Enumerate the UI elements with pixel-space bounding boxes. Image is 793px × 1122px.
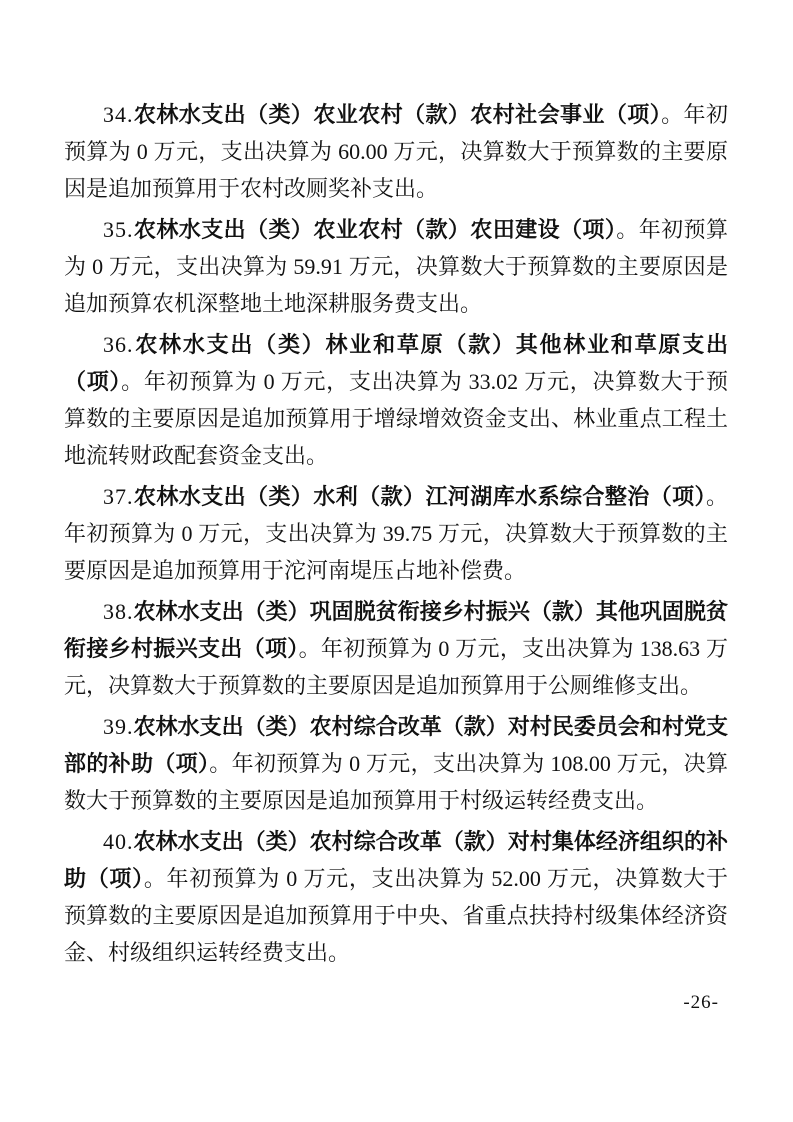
budget-item-38: 38.农林水支出（类）巩固脱贫衔接乡村振兴（款）其他巩固脱贫衔接乡村振兴支出（项… [64,593,728,704]
item-heading: 农林水支出（类）农业农村（款）农田建设（项） [134,217,617,242]
item-heading: 农林水支出（类）农业农村（款）农村社会事业（项） [134,102,662,127]
document-content: 34.农林水支出（类）农业农村（款）农村社会事业（项）。年初预算为 0 万元，支… [64,96,728,975]
document-page: 34.农林水支出（类）农业农村（款）农村社会事业（项）。年初预算为 0 万元，支… [0,0,793,1122]
budget-item-36: 36.农林水支出（类）林业和草原（款）其他林业和草原支出（项）。年初预算为 0 … [64,326,728,474]
budget-item-37: 37.农林水支出（类）水利（款）江河湖库水系综合整治（项）。年初预算为 0 万元… [64,478,728,589]
item-number: 36. [103,332,134,357]
budget-item-35: 35.农林水支出（类）农业农村（款）农田建设（项）。年初预算为 0 万元，支出决… [64,211,728,322]
item-number: 35. [103,217,134,242]
item-number: 40. [103,829,134,854]
budget-item-40: 40.农林水支出（类）农村综合改革（款）对村集体经济组织的补助（项）。年初预算为… [64,823,728,971]
item-body: 。年初预算为 0 万元，支出决算为 52.00 万元，决算数大于预算数的主要原因… [64,866,728,965]
item-body: 。年初预算为 0 万元，支出决算为 33.02 万元，决算数大于预算数的主要原因… [64,369,728,468]
item-heading: 农林水支出（类）水利（款）江河湖库水系综合整治（项） [134,484,706,509]
budget-item-39: 39.农林水支出（类）农村综合改革（款）对村民委员会和村党支部的补助（项）。年初… [64,708,728,819]
page-number: -26- [683,992,719,1014]
item-number: 34. [103,102,134,127]
item-number: 39. [103,714,134,739]
budget-item-34: 34.农林水支出（类）农业农村（款）农村社会事业（项）。年初预算为 0 万元，支… [64,96,728,207]
item-number: 38. [103,599,134,624]
item-number: 37. [103,484,134,509]
